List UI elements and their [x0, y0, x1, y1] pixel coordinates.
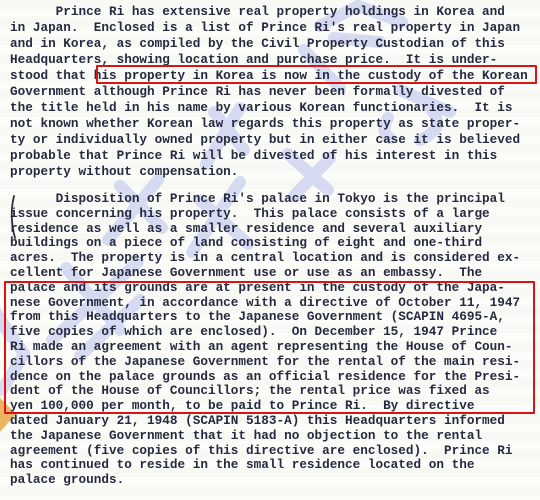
- scanned-document-page: Prince Ri has extensive real property ho…: [0, 0, 540, 500]
- red-highlight-box-korea-custody: [96, 65, 537, 84]
- paragraph-korea-property: Prince Ri has extensive real property ho…: [10, 4, 528, 180]
- red-highlight-box-palace-custody: [4, 281, 535, 414]
